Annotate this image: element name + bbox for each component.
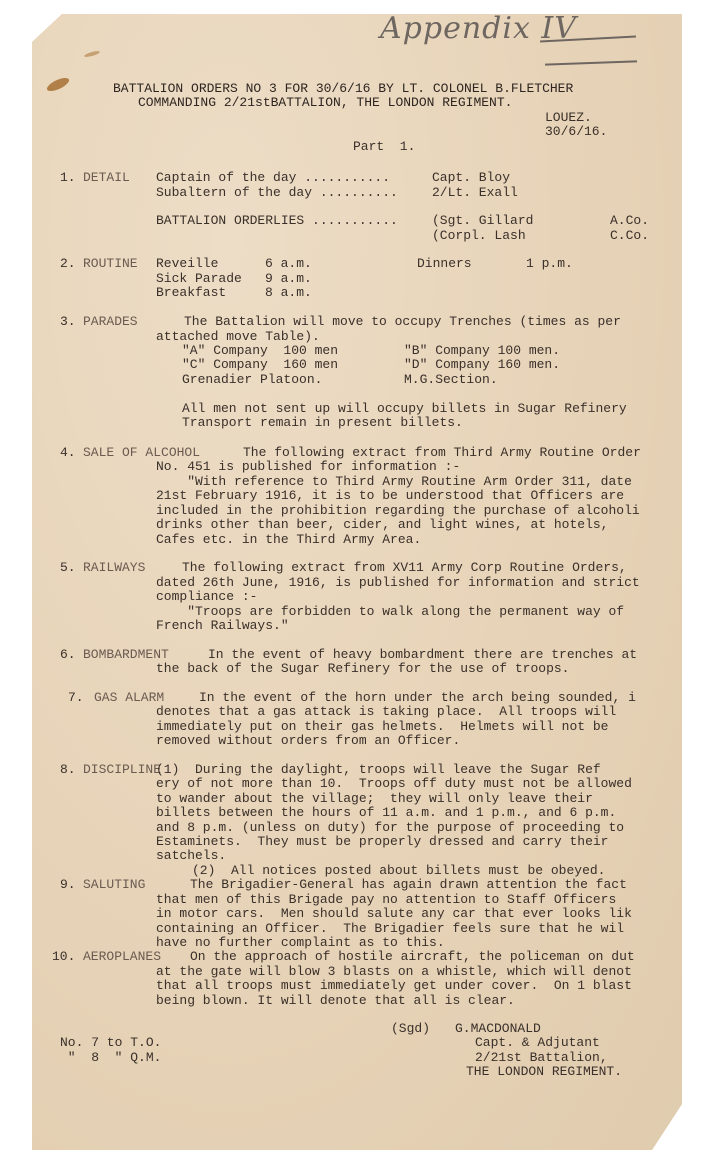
routine-item-time: 8 a.m.: [265, 286, 312, 301]
section-9-number: 9.: [60, 878, 76, 893]
routine-item-label: Reveille: [156, 257, 218, 272]
signatory-regiment: THE LONDON REGIMENT.: [466, 1065, 622, 1080]
railways-line: compliance :-: [156, 590, 257, 605]
annotation-underline: [545, 60, 637, 65]
section-5-number: 5.: [60, 561, 76, 576]
dinners-label: Dinners: [417, 257, 472, 272]
aeroplanes-line: On the approach of hostile aircraft, the…: [190, 950, 635, 965]
captain-label: Captain of the day ...........: [156, 171, 390, 186]
section-8-number: 8.: [60, 763, 76, 778]
routine-item-label: Breakfast: [156, 286, 226, 301]
parades-text: Transport remain in present billets.: [182, 416, 463, 431]
distribution-line: No. 7 to T.O.: [60, 1036, 161, 1051]
section-3-title: PARADES: [83, 315, 138, 330]
gas-line: removed without orders from an Officer.: [156, 734, 460, 749]
section-2-number: 2.: [60, 257, 76, 272]
orderly-company: C.Co.: [610, 229, 649, 244]
saluting-line: The Brigadier-General has again drawn at…: [190, 878, 627, 893]
section-7-title: GAS ALARM: [94, 691, 164, 706]
railways-line: French Railways.": [156, 619, 289, 634]
bombardment-line: the back of the Sugar Refinery for the u…: [156, 662, 569, 677]
orderly-company: A.Co.: [610, 214, 649, 229]
section-2-title: ROUTINE: [83, 257, 138, 272]
subaltern-value: 2/Lt. Exall: [432, 186, 518, 201]
dinners-time: 1 p.m.: [526, 257, 573, 272]
orderly-name: (Corpl. Lash: [432, 229, 526, 244]
section-6-number: 6.: [60, 648, 76, 663]
discipline-line: satchels.: [156, 849, 226, 864]
section-10-number: 10.: [52, 950, 75, 965]
company-entry: Grenadier Platoon.: [182, 373, 322, 388]
gas-line: denotes that a gas attack is taking plac…: [156, 705, 616, 720]
section-9-title: SALUTING: [83, 878, 145, 893]
handwritten-annotation: Appendix IV: [380, 22, 577, 37]
distribution-line: " 8 " Q.M.: [60, 1051, 161, 1066]
subaltern-label: Subaltern of the day ..........: [156, 186, 398, 201]
routine-item-time: 6 a.m.: [265, 257, 312, 272]
orderlies-label: BATTALION ORDERLIES ...........: [156, 214, 398, 229]
header-line-2: COMMANDING 2/21stBATTALION, THE LONDON R…: [138, 96, 512, 111]
alcohol-line: 21st February 1916, it is to be understo…: [156, 489, 624, 504]
header-date: 30/6/16.: [545, 125, 607, 140]
aeroplanes-line: that all troops must immediately get und…: [156, 979, 632, 994]
company-entry: M.G.Section.: [404, 373, 498, 388]
section-1-number: 1.: [60, 171, 76, 186]
discipline-line: ery of not more than 10. Troops off duty…: [156, 777, 632, 792]
discipline-line: billets between the hours of 11 a.m. and…: [156, 806, 616, 821]
section-8-title: DISCIPLINE: [83, 763, 161, 778]
alcohol-line: Cafes etc. in the Third Army Area.: [156, 533, 421, 548]
captain-value: Capt. Bloy: [432, 171, 510, 186]
section-4-number: 4.: [60, 446, 76, 461]
company-entry: "D" Company 160 men.: [404, 358, 560, 373]
document: Appendix IV BATTALION ORDERS NO 3 FOR 30…: [0, 0, 708, 1166]
section-7-number: 7.: [68, 691, 84, 706]
section-3-number: 3.: [60, 315, 76, 330]
alcohol-line: drinks other than beer, cider, and light…: [156, 518, 608, 533]
railways-line: The following extract from XV11 Army Cor…: [182, 561, 627, 576]
saluting-line: in motor cars. Men should salute any car…: [156, 907, 632, 922]
part-heading: Part 1.: [353, 140, 415, 155]
alcohol-line: No. 451 is published for information :-: [156, 460, 460, 475]
signatory-rank: Capt. & Adjutant: [475, 1036, 600, 1051]
section-5-title: RAILWAYS: [83, 561, 145, 576]
section-1-title: DETAIL: [83, 171, 130, 186]
signed-marker: (Sgd): [391, 1022, 430, 1037]
orderly-name: (Sgt. Gillard: [432, 214, 533, 229]
aeroplanes-line: being blown. It will denote that all is …: [156, 994, 515, 1009]
company-entry: "C" Company 160 men: [182, 358, 338, 373]
parades-text: The Battalion will move to occupy Trench…: [184, 315, 621, 330]
section-10-title: AEROPLANES: [83, 950, 161, 965]
